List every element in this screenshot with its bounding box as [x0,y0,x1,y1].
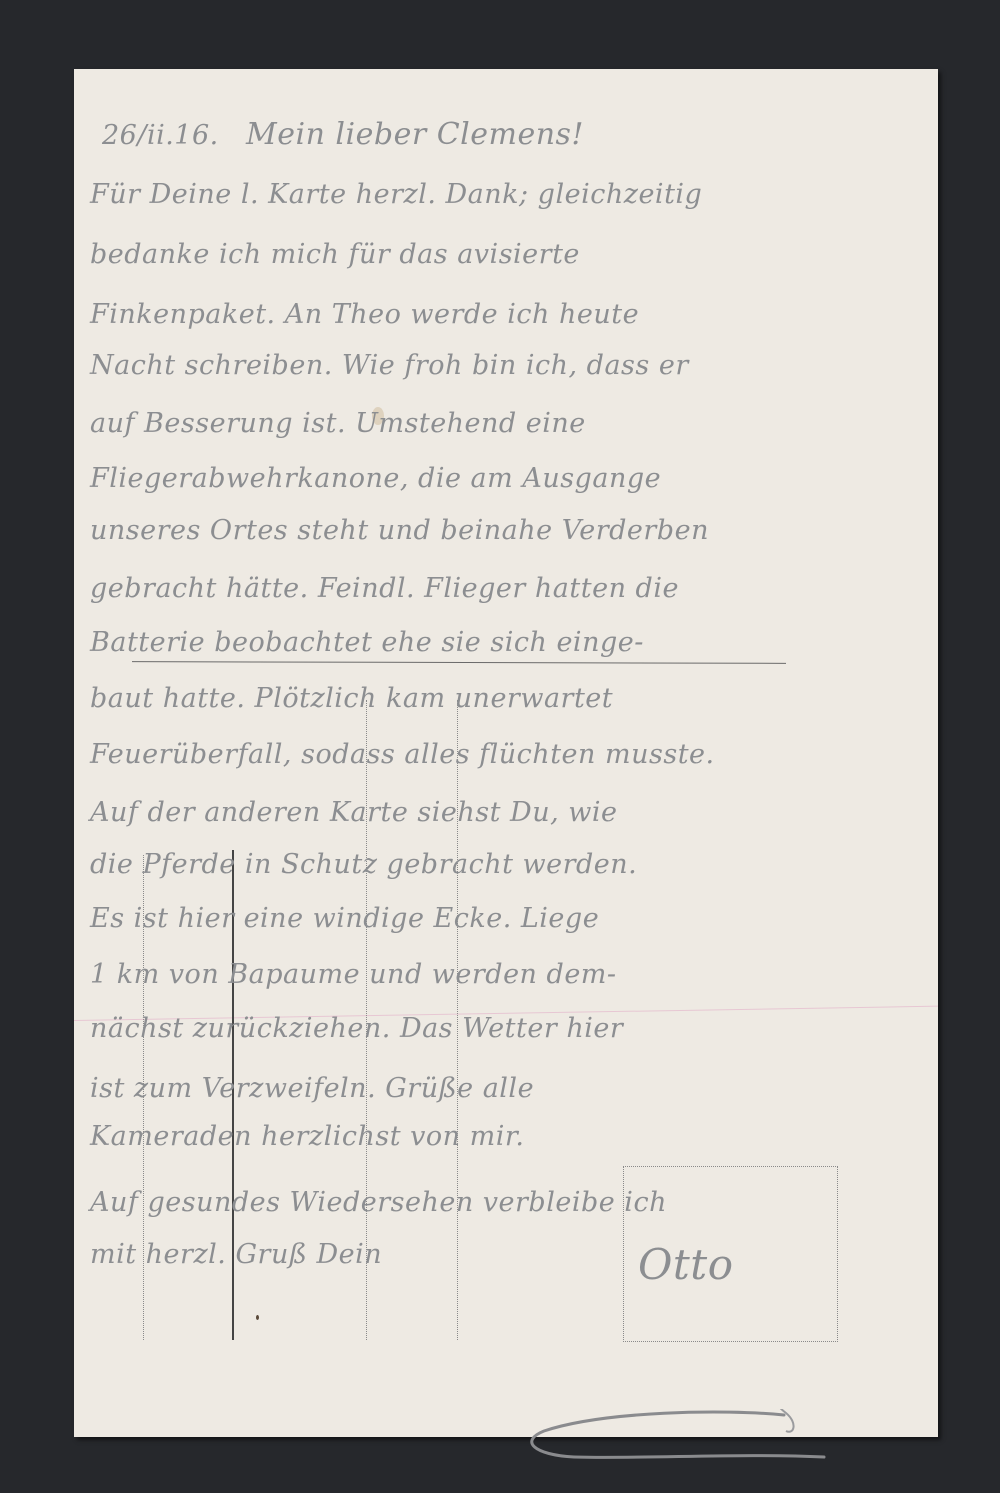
date: 26/ii.16. [102,120,219,151]
salutation: Mein lieber Clemens! [246,117,584,152]
ink-dot [256,1315,259,1320]
printed-divider-line [132,661,786,664]
signature-flourish-icon [524,1409,844,1469]
postcard-back: 26/ii.16. Mein lieber Clemens! Für Deine… [74,69,938,1437]
